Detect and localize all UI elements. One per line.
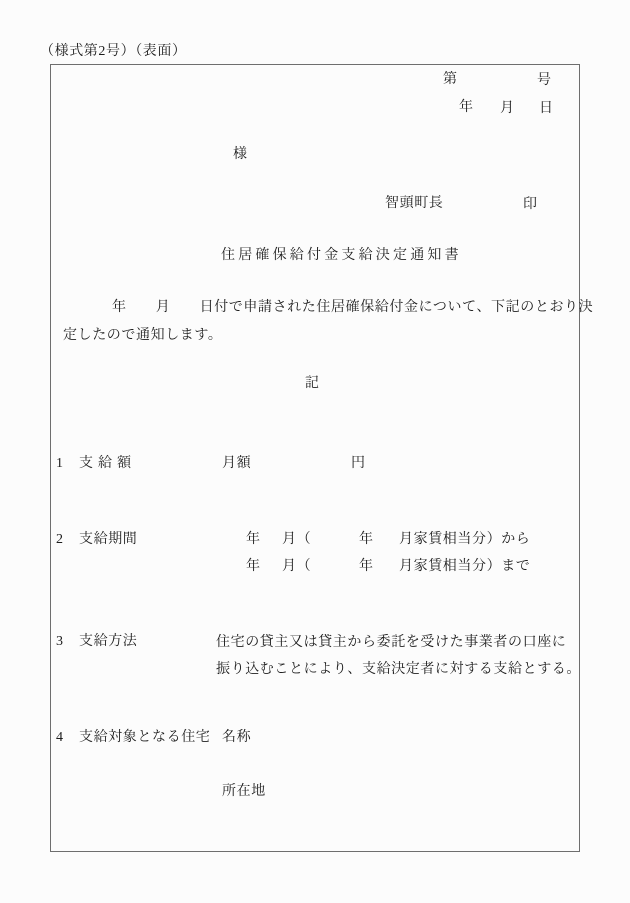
item2-label: 支給期間 — [79, 532, 137, 548]
date-day-label: 日 — [539, 101, 554, 117]
record-marker: 記 — [305, 376, 320, 392]
doc-number-suffix: 号 — [537, 73, 552, 89]
item2-from-year: 年 — [246, 532, 261, 548]
seal-mark: 印 — [523, 197, 538, 213]
item1-amount-unit: 円 — [351, 456, 366, 472]
item2-to-year2: 年 — [359, 559, 374, 575]
item2-from-rest: 月家賃相当分）から — [399, 532, 530, 548]
document-sheet: （様式第2号）（表面） 第 号 年 月 日 様 智頭町長 印 住居確保給付金支給… — [0, 0, 630, 903]
document-title: 住居確保給付金支給決定通知書 — [221, 248, 462, 264]
item2-to-year: 年 — [246, 559, 261, 575]
item3-number: 3 — [56, 634, 64, 650]
date-year-label: 年 — [459, 100, 474, 116]
item2-to-month: 月（ — [282, 559, 311, 575]
issuer-name: 智頭町長 — [385, 196, 443, 212]
item1-amount-prefix: 月額 — [222, 456, 251, 472]
addressee-honorific: 様 — [233, 147, 248, 163]
item4-name-label: 名称 — [222, 730, 251, 746]
item3-label: 支給方法 — [79, 634, 137, 650]
item1-label: 支給額 — [79, 456, 136, 472]
item2-from-year2: 年 — [359, 532, 374, 548]
item4-address-label: 所在地 — [222, 784, 266, 800]
doc-number-prefix: 第 — [443, 72, 458, 88]
item3-method-line2: 振り込むことにより、支給決定者に対する支給とする。 — [216, 662, 581, 678]
item2-from-month: 月（ — [282, 532, 311, 548]
item3-method-line1: 住宅の貸主又は貸主から委託を受けた事業者の口座に — [216, 635, 566, 651]
body-paragraph-line1: 年 月 日付で申請された住居確保給付金について、下記のとおり決 — [112, 300, 593, 316]
date-month-label: 月 — [500, 101, 515, 117]
form-corner-label: （様式第2号）（表面） — [40, 44, 187, 60]
item4-number: 4 — [56, 730, 64, 746]
item4-label: 支給対象となる住宅 — [79, 730, 210, 746]
body-paragraph-line2: 定したので通知します。 — [63, 328, 222, 344]
item2-number: 2 — [56, 532, 64, 548]
item1-number: 1 — [56, 456, 64, 472]
item2-to-rest: 月家賃相当分）まで — [399, 559, 530, 575]
